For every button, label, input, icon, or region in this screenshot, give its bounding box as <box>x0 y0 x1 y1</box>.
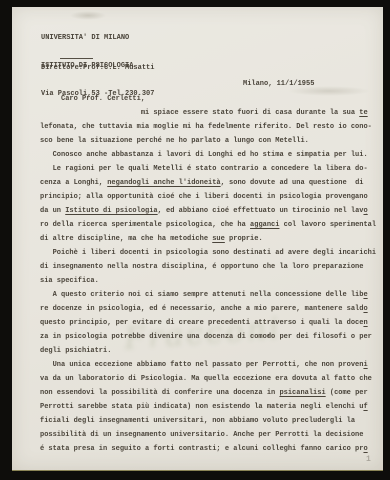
body-line: za in psicologia potrebbe divenire una d… <box>40 330 376 344</box>
body-text: questo principio, per evitare di creare … <box>40 319 363 327</box>
letterhead-director: Direttore:Prof.C.L. Musatti <box>41 62 154 74</box>
letter-page: UNIVERSITA' DI MILANO ISTITUTO DI PSICOL… <box>12 7 383 471</box>
body-line: Caro Prof. Cerletti, <box>40 92 376 106</box>
body-line: degli psichiatri. <box>40 344 376 358</box>
body-text: di insegnamento nella nostra disciplina,… <box>40 263 363 271</box>
body-line: sia specifica. <box>40 274 376 288</box>
body-line: Perrotti sarebbe stata più indicata) non… <box>40 400 376 414</box>
body-text: sia specifica. <box>40 277 99 285</box>
underlined-text: o <box>363 445 367 453</box>
body-line: principio; alla opportunità cioé che i l… <box>40 190 376 204</box>
body-line: va da un laboratorio di Psicologia. Ma q… <box>40 372 376 386</box>
letter-body: Caro Prof. Cerletti, mi spiace essere st… <box>40 92 376 456</box>
body-line: mi spiace essere stato fuori di casa dur… <box>40 106 376 120</box>
underlined-text: o <box>363 305 367 313</box>
body-line: di altre discipline, ma che ha metodiche… <box>40 232 376 246</box>
body-line: di insegnamento nella nostra disciplina,… <box>40 260 376 274</box>
scan-frame: UNIVERSITA' DI MILANO ISTITUTO DI PSICOL… <box>0 0 390 480</box>
stray-mark-apostrophe: ' <box>266 335 271 343</box>
body-line: sco bene la situazione perché ne ho parl… <box>40 134 376 148</box>
letterhead-university: UNIVERSITA' DI MILANO <box>41 32 154 44</box>
body-text: za in psicologia potrebbe divenire una d… <box>40 333 372 341</box>
body-text: re docenze in psicologia, ed é necessari… <box>40 305 363 313</box>
underlined-text: negandogli anche l'idoneità <box>107 179 220 187</box>
underlined-text: te <box>359 109 367 117</box>
body-text: é stata presa in seguito a forti contras… <box>40 445 363 453</box>
body-line: Conosco anche abbastanza i lavori di Lon… <box>40 148 376 162</box>
body-text: possibilità di un insegnamento universit… <box>40 431 363 439</box>
body-line: possibilità di un insegnamento universit… <box>40 428 376 442</box>
body-text: , ed abbiano cioé effettuato un tirocini… <box>158 207 364 215</box>
body-text: ficiali degli insegnamenti universitari,… <box>40 417 355 425</box>
dateline: Milano, 11/1/1955 <box>243 78 314 90</box>
body-text: proprie. <box>225 235 263 243</box>
stray-mark-digit: 1 <box>366 456 371 464</box>
body-line: ficiali degli insegnamenti universitari,… <box>40 414 376 428</box>
underlined-text: i <box>363 361 367 369</box>
body-line: Le ragioni per le quali Metelli é stato … <box>40 162 376 176</box>
body-line: A questo criterio noi ci siamo sempre at… <box>40 288 376 302</box>
body-line: ro della ricerca sperimentale psicologic… <box>40 218 376 232</box>
underlined-text: e <box>363 291 367 299</box>
body-line: Una unica eccezione abbiamo fatto nel pa… <box>40 358 376 372</box>
body-text: da un <box>40 207 65 215</box>
underlined-text: n <box>363 319 367 327</box>
body-text: (come per <box>326 389 368 397</box>
body-line: questo principio, per evitare di creare … <box>40 316 376 330</box>
body-text: ro della ricerca sperimentale psicologic… <box>40 221 250 229</box>
body-text: principio; alla opportunità cioé che i l… <box>40 193 368 201</box>
body-line: lefonata, che tuttavia mia moglie mi ha … <box>40 120 376 134</box>
body-text: di altre discipline, ma che ha metodiche <box>40 235 212 243</box>
body-text: Poichè i liberi docenti in psicologia so… <box>40 249 376 257</box>
body-text: A questo criterio noi ci siamo sempre at… <box>40 291 363 299</box>
body-line: da un Istituto di psicologia, ed abbiano… <box>40 204 376 218</box>
body-text: cenza a Longhi, <box>40 179 107 187</box>
letterhead-divider <box>60 58 93 59</box>
underlined-text: psicanalisi <box>279 389 325 397</box>
body-text: sco bene la situazione perché ne ho parl… <box>40 137 309 145</box>
body-text: Le ragioni per le quali Metelli é stato … <box>40 165 368 173</box>
body-line: Poichè i liberi docenti in psicologia so… <box>40 246 376 260</box>
body-text: Conosco anche abbastanza i lavori di Lon… <box>40 151 368 159</box>
body-text: lefonata, che tuttavia mia moglie mi ha … <box>40 123 372 131</box>
underlined-text: agganci <box>250 221 279 229</box>
body-line: cenza a Longhi, negandogli anche l'idone… <box>40 176 376 190</box>
body-text: Una unica eccezione abbiamo fatto nel pa… <box>40 361 363 369</box>
stray-mark-dot: . <box>364 210 369 218</box>
body-text: col lavoro sperimental <box>279 221 376 229</box>
body-line: non essendovi la possibilità di conferir… <box>40 386 376 400</box>
body-text: , sono dovute ad una questione di <box>221 179 364 187</box>
body-line: é stata presa in seguito a forti contras… <box>40 442 376 456</box>
underlined-text: Istituto di psicologia <box>65 207 157 215</box>
underlined-text: sue <box>212 235 225 243</box>
body-text: Caro Prof. Cerletti, <box>40 95 145 103</box>
underlined-text: f <box>363 403 367 411</box>
body-line: re docenze in psicologia, ed é necessari… <box>40 302 376 316</box>
body-text: non essendovi la possibilità di conferir… <box>40 389 279 397</box>
body-text: Perrotti sarebbe stata più indicata) non… <box>40 403 363 411</box>
body-text: va da un laboratorio di Psicologia. Ma q… <box>40 375 372 383</box>
body-text: mi spiace essere stato fuori di casa dur… <box>40 109 359 117</box>
body-text: degli psichiatri. <box>40 347 111 355</box>
